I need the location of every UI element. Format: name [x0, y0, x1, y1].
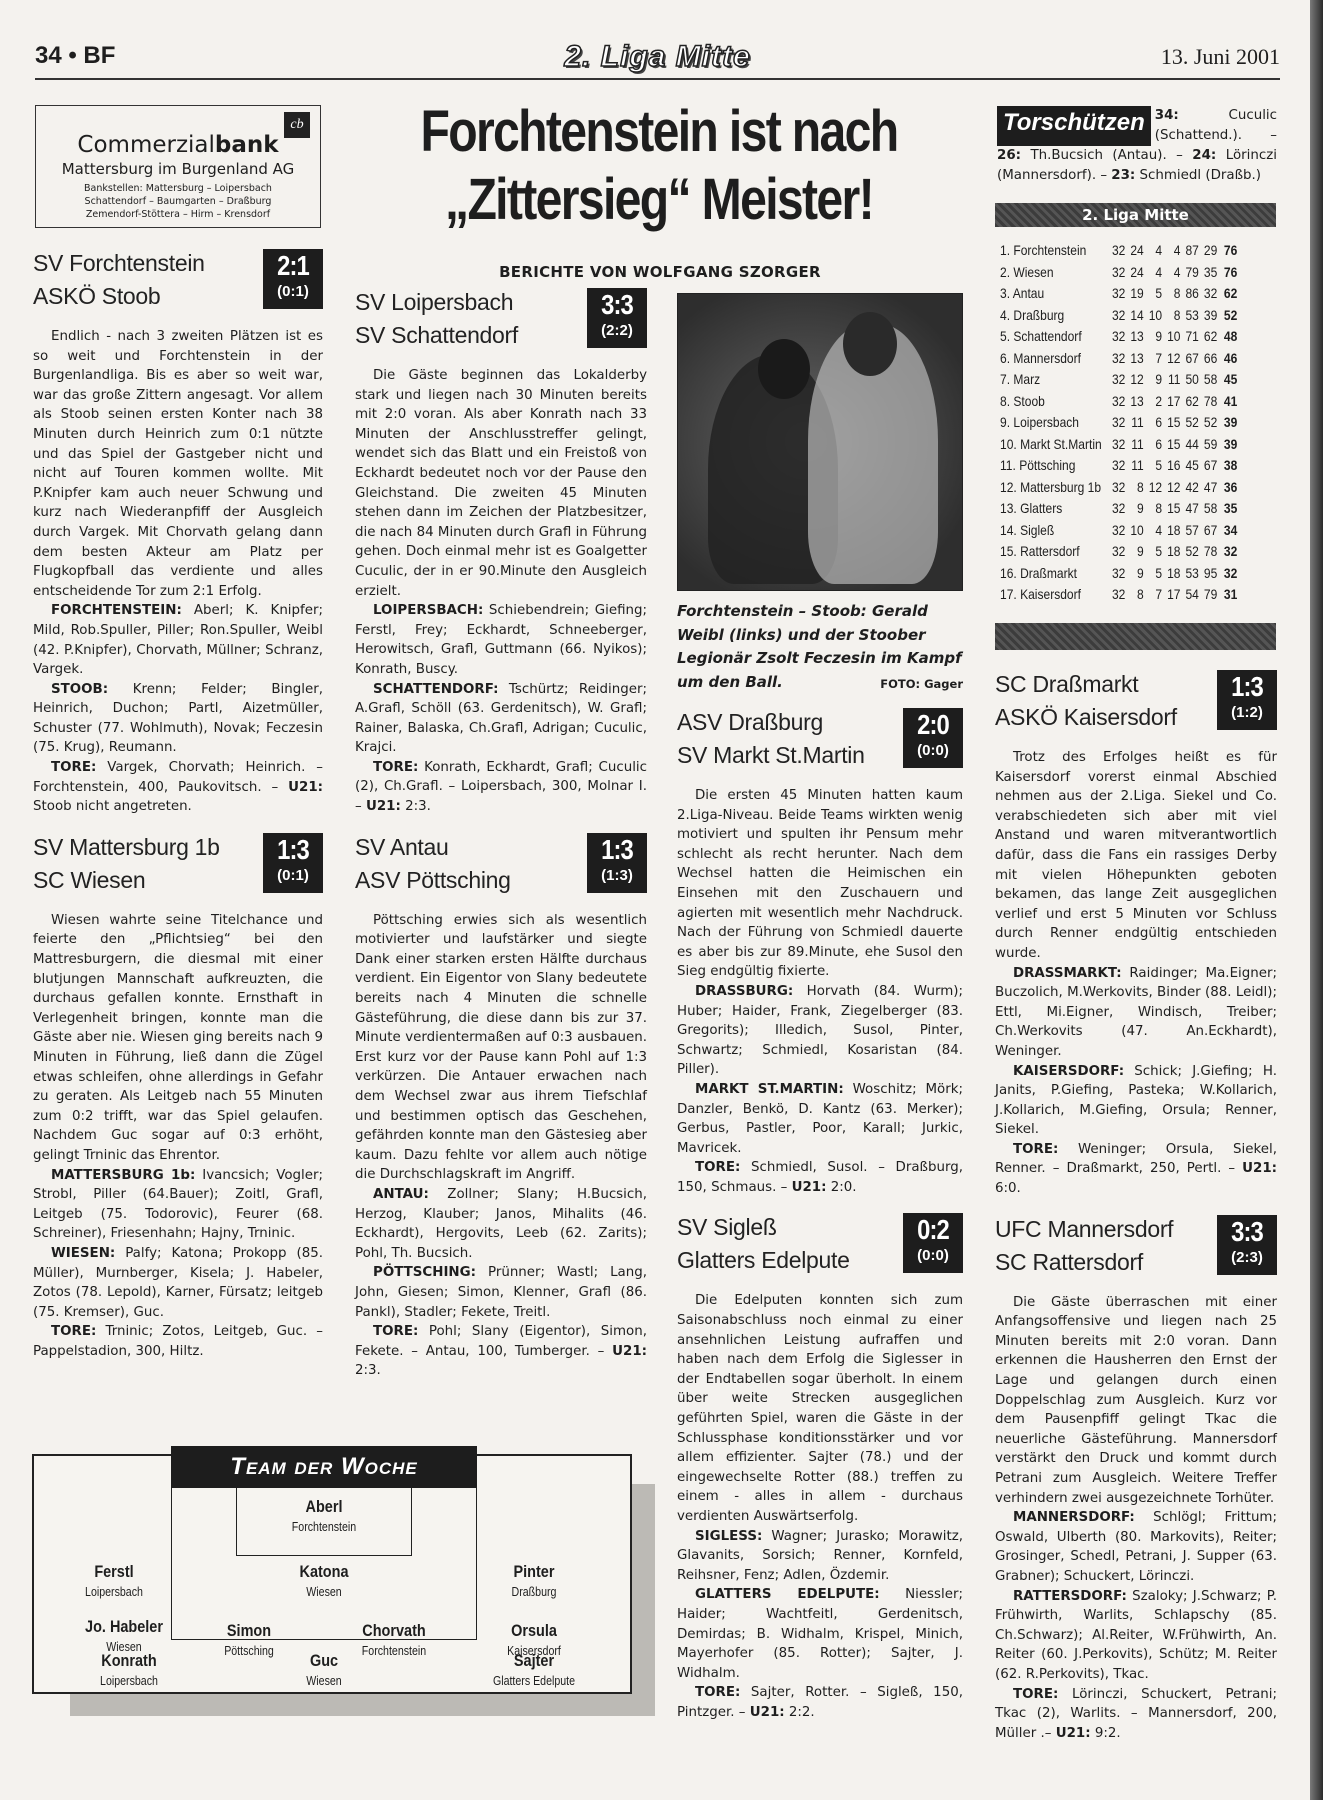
losses: 17	[1162, 391, 1180, 413]
scorer-goals: 34:	[1155, 108, 1179, 123]
report-body: Endlich - nach 3 zweiten Plätzen ist es …	[33, 327, 323, 601]
games-played: 32	[1107, 455, 1125, 477]
goals-for: 44	[1181, 434, 1199, 456]
goals-label: TORE:	[695, 1160, 740, 1175]
score-box: 3:3(2:2)	[587, 288, 647, 348]
lineup-label: MATTERSBURG 1b:	[51, 1168, 195, 1183]
goals-against: 67	[1199, 520, 1217, 542]
goals-line: TORE: Trninic; Zotos, Leitgeb, Guc. – Pa…	[33, 1322, 323, 1361]
team-name: 3. Antau	[1000, 283, 1107, 305]
games-played: 32	[1107, 434, 1125, 456]
column-1: SV ForchtensteinASKÖ Stoob 2:1(0:1) Endl…	[33, 247, 323, 1362]
u21-text: Stoob nicht angetreten.	[33, 799, 192, 814]
team-name: 17. Kaisersdorf	[1000, 584, 1107, 606]
final-score: 2:0	[908, 708, 959, 742]
goals-against: 58	[1199, 498, 1217, 520]
bank-advertisement: cb Commerzialbank Mattersburg im Burgenl…	[35, 105, 321, 228]
final-score: 3:3	[1222, 1215, 1273, 1249]
goals-for: 54	[1181, 584, 1199, 606]
goals-against: 78	[1199, 541, 1217, 563]
match-heading: SV SigleßGlatters Edelpute 0:2(0:0)	[677, 1211, 963, 1277]
points: 48	[1217, 326, 1237, 348]
player-name: Pinter	[470, 1561, 598, 1583]
losses: 18	[1162, 563, 1180, 585]
losses: 18	[1162, 541, 1180, 563]
games-played: 32	[1107, 391, 1125, 413]
team-of-week-title: Team der Woche	[171, 1446, 477, 1488]
goals-label: TORE:	[51, 1324, 96, 1339]
games-played: 32	[1107, 262, 1125, 284]
draws: 8	[1144, 498, 1162, 520]
player-name: Guc	[260, 1650, 388, 1672]
lineup-label: DRASSBURG:	[695, 984, 793, 999]
goals-for: 79	[1181, 262, 1199, 284]
points: 41	[1217, 391, 1237, 413]
points: 46	[1217, 348, 1237, 370]
goals-for: 53	[1181, 563, 1199, 585]
scorer-name: Schmiedl (Draßb.)	[1135, 168, 1261, 183]
standings-row: 2. Wiesen322444793576	[1000, 262, 1237, 284]
score-box: 2:1(0:1)	[263, 249, 323, 309]
player-name: Katona	[260, 1561, 388, 1583]
match-report-mattersburg-wiesen: SV Mattersburg 1bSC Wiesen 1:3(0:1) Wies…	[33, 831, 323, 1362]
u21-label: U21:	[288, 780, 323, 795]
player-forward: KonrathLoipersbach	[65, 1650, 193, 1690]
games-played: 32	[1107, 498, 1125, 520]
points: 39	[1217, 412, 1237, 434]
goals-against: 47	[1199, 477, 1217, 499]
goals-for: 62	[1181, 391, 1199, 413]
photo-credit: FOTO: Gager	[880, 673, 963, 697]
score-box: 1:3(1:2)	[1217, 670, 1277, 730]
match-report-forchtenstein-stoob: SV ForchtensteinASKÖ Stoob 2:1(0:1) Endl…	[33, 247, 323, 817]
lineup-label: MARKT ST.MARTIN:	[695, 1082, 844, 1097]
goals-for: 57	[1181, 520, 1199, 542]
goals-against: 66	[1199, 348, 1217, 370]
team-name: 12. Mattersburg 1b	[1000, 477, 1107, 499]
draws: 12	[1144, 477, 1162, 499]
player-name: Ferstl	[50, 1561, 178, 1583]
newspaper-page: 34 • BF 2. Liga Mitte 13. Juni 2001 cb C…	[0, 0, 1310, 1800]
wins: 10	[1125, 520, 1143, 542]
away-lineup: MARKT ST.MARTIN: Woschitz; Mörk; Danzler…	[677, 1080, 963, 1158]
top-scorers: Torschützen 34: Cuculic (Schattend.). – …	[997, 106, 1277, 186]
wins: 9	[1125, 563, 1143, 585]
lineup-label: PÖTTSCHING:	[373, 1265, 476, 1280]
losses: 8	[1162, 305, 1180, 327]
team-of-the-week: Team der Woche AberlForchtenstein Ferstl…	[32, 1454, 632, 1694]
losses: 15	[1162, 434, 1180, 456]
goals-for: 53	[1181, 305, 1199, 327]
draws: 7	[1144, 584, 1162, 606]
player-club: Loipersbach	[65, 1672, 193, 1690]
player-defender: PinterDraßburg	[470, 1561, 598, 1601]
team-name: 7. Marz	[1000, 369, 1107, 391]
player-defender: FerstlLoipersbach	[50, 1561, 178, 1601]
away-lineup: RATTERSDORF: Szaloky; J.Schwarz; P. Früh…	[995, 1587, 1277, 1685]
u21-text: 2:0.	[826, 1180, 856, 1195]
standings-title: 2. Liga Mitte	[995, 203, 1276, 227]
draws: 6	[1144, 412, 1162, 434]
u21-text: 2:2.	[785, 1705, 815, 1720]
wins: 14	[1125, 305, 1143, 327]
home-lineup: SIGLESS: Wagner; Jurasko; Morawitz, Glav…	[677, 1527, 963, 1586]
losses: 18	[1162, 520, 1180, 542]
standings-row: 15. Rattersdorf329518527832	[1000, 541, 1237, 563]
points: 45	[1217, 369, 1237, 391]
team-name: 6. Mannersdorf	[1000, 348, 1107, 370]
losses: 15	[1162, 412, 1180, 434]
u21-text: 2:3.	[401, 799, 431, 814]
games-played: 32	[1107, 563, 1125, 585]
goals-line: TORE: Pohl; Slany (Eigentor), Simon, Fek…	[355, 1322, 647, 1381]
goals-for: 86	[1181, 283, 1199, 305]
match-report-drassburg-stmartin: ASV DraßburgSV Markt St.Martin 2:0(0:0) …	[677, 706, 963, 1197]
wins: 24	[1125, 262, 1143, 284]
halftime-score: (2:2)	[587, 322, 647, 340]
team-name: 15. Rattersdorf	[1000, 541, 1107, 563]
losses: 12	[1162, 477, 1180, 499]
decorative-bar	[995, 623, 1276, 650]
wins: 8	[1125, 477, 1143, 499]
player-club: Wiesen	[260, 1672, 388, 1690]
player-name: Chorvath	[330, 1620, 458, 1642]
byline: BERICHTE VON WOLFGANG SZORGER	[355, 263, 965, 281]
match-report-sigless-glatters: SV SigleßGlatters Edelpute 0:2(0:0) Die …	[677, 1211, 963, 1722]
points: 36	[1217, 477, 1237, 499]
player-name: Sajter	[458, 1650, 611, 1672]
match-report-drassmarkt-kaisersdorf: SC DraßmarktASKÖ Kaisersdorf 1:3(1:2) Tr…	[995, 668, 1277, 1199]
losses: 10	[1162, 326, 1180, 348]
u21-label: U21:	[366, 799, 401, 814]
team-name: 2. Wiesen	[1000, 262, 1107, 284]
player-forward: GucWiesen	[260, 1650, 388, 1690]
points: 32	[1217, 563, 1237, 585]
losses: 17	[1162, 584, 1180, 606]
standings-row: 9. Loipersbach3211615525239	[1000, 412, 1237, 434]
u21-label: U21:	[792, 1180, 827, 1195]
games-played: 32	[1107, 477, 1125, 499]
goals-label: TORE:	[373, 1324, 418, 1339]
final-score: 1:3	[268, 833, 319, 867]
lineup-label: GLATTERS EDELPUTE:	[695, 1587, 880, 1602]
match-photo	[677, 293, 963, 591]
goals-label: TORE:	[51, 760, 96, 775]
away-lineup: SCHATTENDORF: Tschürtz; Reidinger; A.Gra…	[355, 680, 647, 758]
points: 35	[1217, 498, 1237, 520]
match-report-antau-poettsching: SV AntauASV Pöttsching 1:3(1:3) Pöttschi…	[355, 831, 647, 1381]
match-heading: SC DraßmarktASKÖ Kaisersdorf 1:3(1:2)	[995, 668, 1277, 734]
games-played: 32	[1107, 305, 1125, 327]
halftime-score: (0:1)	[263, 283, 323, 301]
standings-row: 13. Glatters329815475835	[1000, 498, 1237, 520]
standings-row: 1. Forchtenstein322444872976	[1000, 240, 1237, 262]
goals-for: 50	[1181, 369, 1199, 391]
points: 34	[1217, 520, 1237, 542]
points: 38	[1217, 455, 1237, 477]
standings-row: 5. Schattendorf3213910716248	[1000, 326, 1237, 348]
standings-row: 17. Kaisersdorf328717547931	[1000, 584, 1237, 606]
scorer-goals: 24:	[1192, 148, 1216, 163]
points: 62	[1217, 283, 1237, 305]
draws: 9	[1144, 369, 1162, 391]
draws: 6	[1144, 434, 1162, 456]
standings-row: 12. Mattersburg 1b3281212424736	[1000, 477, 1237, 499]
draws: 4	[1144, 240, 1162, 262]
goals-for: 45	[1181, 455, 1199, 477]
issue-date: 13. Juni 2001	[1161, 44, 1280, 70]
team-name: 8. Stoob	[1000, 391, 1107, 413]
team-name: 1. Forchtenstein	[1000, 240, 1107, 262]
column-4: SC DraßmarktASKÖ Kaisersdorf 1:3(1:2) Tr…	[995, 668, 1277, 1743]
page-binding-edge	[1310, 0, 1323, 1800]
lineup-label: RATTERSDORF:	[1013, 1589, 1127, 1604]
lineup-label: DRASSMARKT:	[1013, 966, 1122, 981]
lineup-label: LOIPERSBACH:	[373, 603, 483, 618]
draws: 7	[1144, 348, 1162, 370]
goals-against: 32	[1199, 283, 1217, 305]
u21-label: U21:	[750, 1705, 785, 1720]
player-defender: KatonaWiesen	[260, 1561, 388, 1601]
match-heading: UFC MannersdorfSC Rattersdorf 3:3(2:3)	[995, 1213, 1277, 1279]
report-body: Die ersten 45 Minuten hatten kaum 2.Liga…	[677, 786, 963, 982]
goals-for: 71	[1181, 326, 1199, 348]
points: 32	[1217, 541, 1237, 563]
losses: 12	[1162, 348, 1180, 370]
losses: 4	[1162, 262, 1180, 284]
match-report-loipersbach-schattendorf: SV LoipersbachSV Schattendorf 3:3(2:2) D…	[355, 286, 647, 817]
lineup-label: STOOB:	[51, 682, 108, 697]
report-body: Wiesen wahrte seine Titelchance und feie…	[33, 911, 323, 1166]
losses: 11	[1162, 369, 1180, 391]
home-lineup: LOIPERSBACH: Schiebendrein; Giefing; Fer…	[355, 601, 647, 679]
player-name: Konrath	[65, 1650, 193, 1672]
losses: 8	[1162, 283, 1180, 305]
games-played: 32	[1107, 412, 1125, 434]
u21-text: 9:2.	[1091, 1726, 1121, 1741]
branch-line: Zemendorf-Stöttera – Hirm – Krensdorf	[36, 208, 320, 221]
goals-for: 42	[1181, 477, 1199, 499]
scorer-goals: 23:	[1111, 168, 1135, 183]
player-name: Jo. Habeler	[60, 1616, 188, 1638]
goals-label: TORE:	[695, 1685, 740, 1700]
wins: 13	[1125, 348, 1143, 370]
goals-against: 35	[1199, 262, 1217, 284]
league-standings-table: 1. Forchtenstein3224448729762. Wiesen322…	[1000, 240, 1237, 606]
goals-against: 52	[1199, 412, 1217, 434]
report-body: Die Edelputen konnten sich zum Saisonabs…	[677, 1291, 963, 1526]
halftime-score: (1:2)	[1217, 704, 1277, 722]
goals-for: 67	[1181, 348, 1199, 370]
goals-line: TORE: Vargek, Chorvath; Heinrich. – Forc…	[33, 758, 323, 817]
player-head-left	[758, 339, 810, 399]
report-body: Pöttsching erwies sich als wesentlich mo…	[355, 911, 647, 1185]
player-name: Aberl	[260, 1496, 388, 1518]
top-scorers-label: Torschützen	[997, 106, 1151, 146]
lineup-label: MANNERSDORF:	[1013, 1510, 1135, 1525]
home-lineup: MANNERSDORF: Schlögl; Frittum; Oswald, U…	[995, 1508, 1277, 1586]
games-played: 32	[1107, 541, 1125, 563]
wins: 19	[1125, 283, 1143, 305]
losses: 15	[1162, 498, 1180, 520]
goals-line: TORE: Sajter, Rotter. – Sigleß, 150, Pin…	[677, 1683, 963, 1722]
final-score: 3:3	[592, 288, 643, 322]
wins: 11	[1125, 412, 1143, 434]
column-2: SV LoipersbachSV Schattendorf 3:3(2:2) D…	[355, 286, 647, 1381]
draws: 2	[1144, 391, 1162, 413]
standings-row: 7. Marz3212911505845	[1000, 369, 1237, 391]
games-played: 32	[1107, 520, 1125, 542]
final-score: 0:2	[908, 1213, 959, 1247]
wins: 11	[1125, 434, 1143, 456]
home-lineup: FORCHTENSTEIN: Aberl; K. Knipfer; Mild, …	[33, 601, 323, 679]
points: 52	[1217, 305, 1237, 327]
bank-name-regular: Commerzial	[77, 132, 215, 158]
losses: 4	[1162, 240, 1180, 262]
u21-label: U21:	[1242, 1161, 1277, 1176]
halftime-score: (0:1)	[263, 867, 323, 885]
away-lineup: STOOB: Krenn; Felder; Bingler, Heinrich,…	[33, 680, 323, 758]
standings-row: 6. Mannersdorf3213712676646	[1000, 348, 1237, 370]
lineup-label: ANTAU:	[373, 1187, 429, 1202]
games-played: 32	[1107, 348, 1125, 370]
goals-against: 62	[1199, 326, 1217, 348]
halftime-score: (1:3)	[587, 867, 647, 885]
draws: 5	[1144, 283, 1162, 305]
scorer-goals: 26:	[997, 148, 1021, 163]
final-score: 1:3	[592, 833, 643, 867]
player-club: Draßburg	[470, 1583, 598, 1601]
home-lineup: MATTERSBURG 1b: Ivancsich; Vogler; Strob…	[33, 1166, 323, 1244]
branch-line: Schattendorf – Baumgarten – Draßburg	[36, 195, 320, 208]
points: 76	[1217, 262, 1237, 284]
away-lineup: PÖTTSCHING: Prünner; Wastl; Lang, John, …	[355, 1263, 647, 1322]
wins: 12	[1125, 369, 1143, 391]
points: 31	[1217, 584, 1237, 606]
lineup-label: WIESEN:	[51, 1246, 115, 1261]
team-name: 11. Pöttsching	[1000, 455, 1107, 477]
standings-row: 8. Stoob3213217627841	[1000, 391, 1237, 413]
player-name: Orsula	[470, 1620, 598, 1642]
goals-against: 95	[1199, 563, 1217, 585]
draws: 9	[1144, 326, 1162, 348]
standings-row: 11. Pöttsching3211516456738	[1000, 455, 1237, 477]
match-heading: SV AntauASV Pöttsching 1:3(1:3)	[355, 831, 647, 897]
wins: 9	[1125, 498, 1143, 520]
match-heading: SV Mattersburg 1bSC Wiesen 1:3(0:1)	[33, 831, 323, 897]
bank-logo-icon: cb	[284, 112, 310, 138]
report-body: Die Gäste beginnen das Lokalderby stark …	[355, 366, 647, 601]
wins: 24	[1125, 240, 1143, 262]
goals-line: TORE: Weninger; Orsula, Siekel, Renner. …	[995, 1140, 1277, 1199]
draws: 4	[1144, 520, 1162, 542]
goals-against: 58	[1199, 369, 1217, 391]
bank-name-bold: bank	[215, 132, 279, 158]
away-lineup: GLATTERS EDELPUTE: Niessler; Haider; Wac…	[677, 1585, 963, 1683]
match-heading: SV ForchtensteinASKÖ Stoob 2:1(0:1)	[33, 247, 323, 313]
goals-line: TORE: Schmiedl, Susol. – Draßburg, 150, …	[677, 1158, 963, 1197]
team-name: 4. Draßburg	[1000, 305, 1107, 327]
team-name: 13. Glatters	[1000, 498, 1107, 520]
home-lineup: ANTAU: Zollner; Slany; H.Bucsich, Herzog…	[355, 1185, 647, 1263]
draws: 10	[1144, 305, 1162, 327]
goals-against: 79	[1199, 584, 1217, 606]
away-lineup: WIESEN: Palfy; Katona; Prokopp (85. Müll…	[33, 1244, 323, 1322]
goals-against: 39	[1199, 305, 1217, 327]
standings-row: 14. Sigleß3210418576734	[1000, 520, 1237, 542]
player-forward: SajterGlatters Edelpute	[458, 1650, 611, 1690]
goals-for: 47	[1181, 498, 1199, 520]
goals-against: 29	[1199, 240, 1217, 262]
wins: 13	[1125, 326, 1143, 348]
score-box: 0:2(0:0)	[903, 1213, 963, 1273]
scorer-name: Th.Bucsich (Antau). –	[1021, 148, 1192, 163]
goals-against: 59	[1199, 434, 1217, 456]
halftime-score: (0:0)	[903, 1247, 963, 1265]
draws: 5	[1144, 455, 1162, 477]
games-played: 32	[1107, 326, 1125, 348]
lineup-label: FORCHTENSTEIN:	[51, 603, 182, 618]
lineup-label: KAISERSDORF:	[1013, 1064, 1124, 1079]
lineup-label: SIGLESS:	[695, 1529, 762, 1544]
final-score: 2:1	[268, 249, 319, 283]
player-head-right	[843, 312, 897, 376]
match-report-mannersdorf-rattersdorf: UFC MannersdorfSC Rattersdorf 3:3(2:3) D…	[995, 1213, 1277, 1744]
games-played: 32	[1107, 283, 1125, 305]
u21-text: 6:0.	[995, 1181, 1021, 1196]
bank-subtitle: Mattersburg im Burgenland AG	[36, 160, 320, 178]
column-3: ASV DraßburgSV Markt St.Martin 2:0(0:0) …	[677, 706, 963, 1723]
player-club: Glatters Edelpute	[458, 1672, 611, 1690]
match-heading: SV LoipersbachSV Schattendorf 3:3(2:2)	[355, 286, 647, 352]
goals-line: TORE: Konrath, Eckhardt, Grafl; Cuculic …	[355, 758, 647, 817]
goals-line: TORE: Lörinczi, Schuckert, Petrani; Tkac…	[995, 1685, 1277, 1744]
away-lineup: KAISERSDORF: Schick; J.Giefing; H. Janit…	[995, 1062, 1277, 1140]
home-lineup: DRASSBURG: Horvath (84. Wurm); Huber; Ha…	[677, 982, 963, 1080]
home-lineup: DRASSMARKT: Raidinger; Ma.Eigner; Buczol…	[995, 964, 1277, 1062]
final-score: 1:3	[1222, 670, 1273, 704]
u21-text: 2:3.	[355, 1363, 381, 1378]
games-played: 32	[1107, 584, 1125, 606]
lineup-label: SCHATTENDORF:	[373, 682, 499, 697]
goals-label: TORE:	[1013, 1687, 1058, 1702]
goals-against: 78	[1199, 391, 1217, 413]
wins: 13	[1125, 391, 1143, 413]
page-header: 34 • BF 2. Liga Mitte 13. Juni 2001	[35, 40, 1280, 80]
points: 39	[1217, 434, 1237, 456]
player-club: Wiesen	[260, 1583, 388, 1601]
photo-caption: Forchtenstein – Stoob: Gerald Weibl (lin…	[677, 600, 963, 696]
points: 76	[1217, 240, 1237, 262]
wins: 9	[1125, 541, 1143, 563]
team-name: 14. Sigleß	[1000, 520, 1107, 542]
standings-row: 16. Draßmarkt329518539532	[1000, 563, 1237, 585]
goals-for: 87	[1181, 240, 1199, 262]
team-name: 10. Markt St.Martin	[1000, 434, 1107, 456]
report-body: Die Gäste überraschen mit einer Anfangso…	[995, 1293, 1277, 1509]
losses: 16	[1162, 455, 1180, 477]
player-name: Simon	[185, 1620, 313, 1642]
bank-branches: Bankstellen: Mattersburg – Loipersbach S…	[36, 182, 320, 221]
u21-label: U21:	[1056, 1726, 1091, 1741]
main-headline: Forchtenstein ist nach „Zittersieg“ Meis…	[412, 98, 905, 234]
draws: 4	[1144, 262, 1162, 284]
standings-row: 3. Antau321958863262	[1000, 283, 1237, 305]
team-name: 16. Draßmarkt	[1000, 563, 1107, 585]
score-box: 1:3(0:1)	[263, 833, 323, 893]
goals-against: 67	[1199, 455, 1217, 477]
games-played: 32	[1107, 369, 1125, 391]
